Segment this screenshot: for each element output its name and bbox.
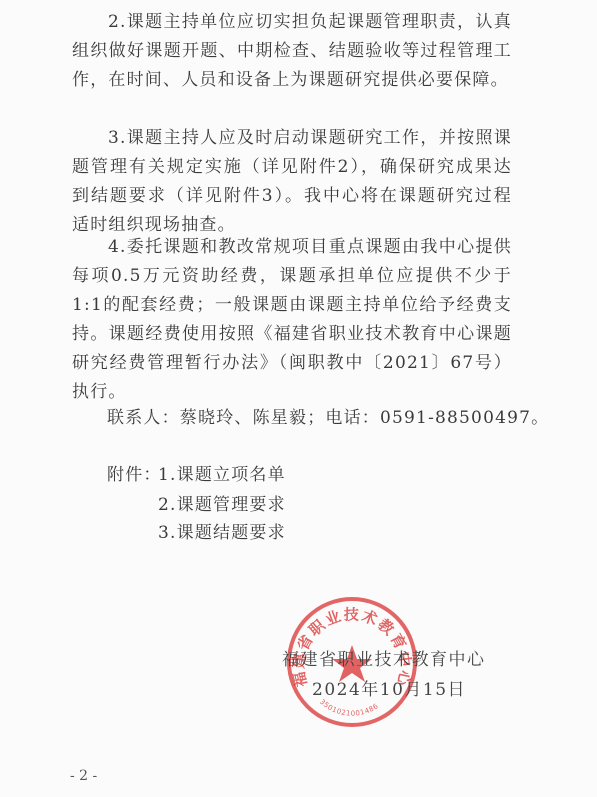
svg-text:3501021001486: 3501021001486 [318, 698, 380, 718]
attachment-item-3: 3.课题结题要求 [158, 518, 286, 543]
paragraph-4: 4.委托课题和教改常规项目重点课题由我中心提供每项0.5万元资助经费，课题承担单… [72, 233, 512, 407]
contact-line: 联系人：蔡晓玲、陈星毅；电话：0591-88500497。 [107, 403, 549, 428]
attachment-item-1: 1.课题立项名单 [158, 460, 286, 485]
paragraph-2: 2.课题主持单位应切实担负起课题管理职责，认真组织做好课题开题、中期检查、结题验… [72, 8, 512, 95]
signature-organization: 福建省职业技术教育中心 [282, 645, 486, 670]
paragraph-3: 3.课题主持人应及时启动课题研究工作，并按照课题管理有关规定实施（详见附件2），… [72, 124, 512, 240]
attachment-item-2: 2.课题管理要求 [158, 490, 286, 515]
signature-date: 2024年10月15日 [312, 675, 466, 700]
page-number: - 2 - [70, 768, 97, 784]
attachments-label: 附件： [107, 460, 162, 485]
document-page: 2.课题主持单位应切实担负起课题管理职责，认真组织做好课题开题、中期检查、结题验… [0, 0, 597, 797]
